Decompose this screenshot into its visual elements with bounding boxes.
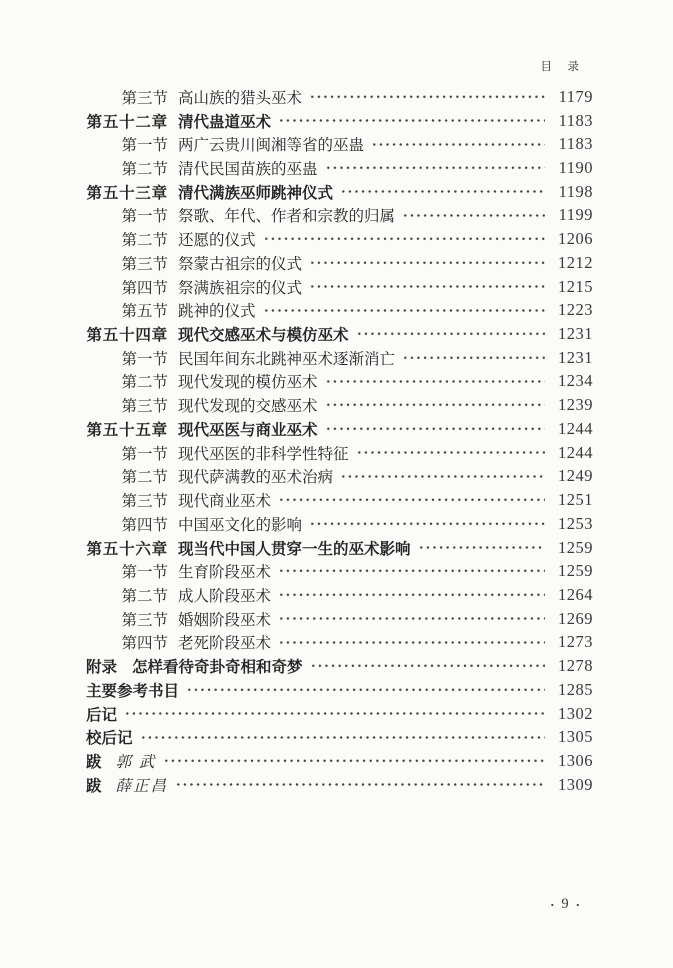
dot-leader [310, 658, 545, 674]
toc-entry-page: 1305 [551, 727, 593, 747]
toc-entry-label: 第一节 [86, 347, 168, 369]
running-header-title: 目 录 [541, 61, 582, 73]
toc-entry-label: 第三节 [86, 86, 168, 108]
toc-entry-label: 后记 [86, 703, 117, 725]
footer-page-number: 9 [561, 896, 568, 913]
toc-entry-title: 民国年间东北跳神巫术逐渐消亡 [178, 347, 395, 369]
toc-entry: 第一节 两广云贵川闽湘等省的巫蛊 1183 [86, 132, 593, 156]
dot-leader [278, 113, 545, 129]
toc-entry-label: 第五十六章 [86, 537, 168, 559]
toc-entry-label: 第一节 [86, 204, 168, 226]
toc-entry: 第四节 老死阶段巫术 1273 [86, 631, 593, 655]
toc-entry-label: 第三节 [86, 608, 168, 630]
toc-entry: 第五十四章 现代交感巫术与模仿巫术 1231 [86, 322, 593, 346]
toc-entry: 第二节 还愿的仪式 1206 [86, 227, 593, 251]
dot-leader [309, 279, 545, 295]
toc-entry-label: 第一节 [86, 560, 168, 582]
toc-entry: 第四节 中国巫文化的影响 1253 [86, 512, 593, 536]
toc-entry-page: 1259 [551, 561, 593, 581]
toc-entry-page: 1269 [551, 609, 593, 629]
dot-leader [278, 611, 545, 627]
toc-entry-label: 第五十二章 [86, 110, 168, 132]
toc-list: 第三节 高山族的猎头巫术 1179 第五十二章 清代蛊道巫术 1183 第一节 … [86, 85, 593, 797]
toc-entry-page: 1199 [551, 205, 593, 225]
dot-leader [278, 587, 545, 603]
toc-entry: 第五十六章 现当代中国人贯穿一生的巫术影响 1259 [86, 536, 593, 560]
toc-entry: 第二节 现代发现的模仿巫术 1234 [86, 370, 593, 394]
dot-leader [263, 303, 545, 319]
toc-entry: 第二节 清代民国苗族的巫蛊 1190 [86, 156, 593, 180]
toc-entry: 第三节 现代发现的交感巫术 1239 [86, 393, 593, 417]
toc-entry-page: 1190 [551, 158, 593, 178]
toc-entry-label: 第五十三章 [86, 181, 168, 203]
toc-entry-label: 跋 [86, 774, 102, 796]
toc-entry-page: 1179 [551, 87, 593, 107]
toc-entry: 第一节 生育阶段巫术 1259 [86, 559, 593, 583]
toc-entry-title: 现代商业巫术 [178, 489, 271, 511]
dot-leader [309, 255, 545, 271]
toc-entry: 第三节 现代商业巫术 1251 [86, 488, 593, 512]
toc-entry-label: 附录 [86, 655, 117, 677]
dot-leader [163, 753, 545, 769]
toc-entry: 第三节 婚姻阶段巫术 1269 [86, 607, 593, 631]
toc-entry-label: 第四节 [86, 631, 168, 653]
dot-leader [340, 469, 545, 485]
dot-leader [263, 231, 545, 247]
toc-entry-page: 1198 [551, 182, 593, 202]
dot-leader [325, 421, 545, 437]
dot-leader [340, 184, 545, 200]
dot-leader [140, 730, 545, 746]
toc-entry-label: 校后记 [86, 726, 133, 748]
toc-entry-title: 现当代中国人贯穿一生的巫术影响 [178, 537, 411, 559]
toc-entry-label: 第二节 [86, 157, 168, 179]
dot-leader [402, 208, 545, 224]
toc-entry-page: 1212 [551, 253, 593, 273]
toc-entry-label: 第五节 [86, 299, 168, 321]
toc-entry-title: 祭蒙古祖宗的仪式 [178, 252, 302, 274]
toc-entry-label: 第二节 [86, 370, 168, 392]
toc-entry-title: 薛正昌 [116, 774, 169, 796]
toc-entry: 第四节 祭满族祖宗的仪式 1215 [86, 275, 593, 299]
toc-entry-label: 第一节 [86, 442, 168, 464]
toc-entry-page: 1251 [551, 490, 593, 510]
toc-entry-title: 清代蛊道巫术 [178, 110, 271, 132]
toc-entry-label: 第二节 [86, 465, 168, 487]
toc-entry: 第三节 高山族的猎头巫术 1179 [86, 85, 593, 109]
toc-entry-title: 中国巫文化的影响 [178, 513, 302, 535]
toc-entry-page: 1273 [551, 632, 593, 652]
toc-entry-page: 1183 [551, 111, 593, 131]
toc-entry-page: 1244 [551, 443, 593, 463]
dot-leader [371, 137, 545, 153]
toc-entry: 第二节 成人阶段巫术 1264 [86, 583, 593, 607]
toc-entry-title: 现代发现的模仿巫术 [178, 370, 318, 392]
toc-entry-page: 1223 [551, 300, 593, 320]
toc-entry-page: 1306 [551, 751, 593, 771]
dot-leader [175, 777, 545, 793]
toc-entry-page: 1259 [551, 538, 593, 558]
toc-entry-page: 1302 [551, 704, 593, 724]
toc-entry-title: 清代民国苗族的巫蛊 [178, 157, 318, 179]
toc-entry: 附录 怎样看待奇卦奇相和奇梦 1278 [86, 654, 593, 678]
dot-leader [325, 374, 545, 390]
toc-entry-title: 两广云贵川闽湘等省的巫蛊 [178, 133, 364, 155]
toc-entry-page: 1264 [551, 585, 593, 605]
page-footer: · 9 · [550, 896, 580, 913]
toc-entry-title: 婚姻阶段巫术 [178, 608, 271, 630]
toc-entry: 第二节 现代萨满教的巫术治病 1249 [86, 465, 593, 489]
toc-entry-title: 怎样看待奇卦奇相和奇梦 [132, 655, 303, 677]
toc-entry-title: 生育阶段巫术 [178, 560, 271, 582]
toc-entry-label: 跋 [86, 750, 102, 772]
toc-entry-title: 成人阶段巫术 [178, 584, 271, 606]
toc-entry-page: 1234 [551, 371, 593, 391]
dot-leader [325, 160, 545, 176]
toc-entry: 校后记 1305 [86, 725, 593, 749]
dot-leader [402, 350, 545, 366]
toc-entry-page: 1309 [551, 775, 593, 795]
toc-entry-label: 第四节 [86, 513, 168, 535]
toc-entry-title: 跳神的仪式 [178, 299, 256, 321]
toc-entry-title: 祭歌、年代、作者和宗教的归属 [178, 204, 395, 226]
dot-leader [356, 326, 545, 342]
toc-entry-page: 1253 [551, 514, 593, 534]
toc-entry-page: 1278 [551, 656, 593, 676]
toc-entry-label: 第三节 [86, 394, 168, 416]
dot-leader [124, 706, 545, 722]
toc-entry-label: 第五十五章 [86, 418, 168, 440]
book-toc-page: 目 录 第三节 高山族的猎头巫术 1179 第五十二章 清代蛊道巫术 1183 … [0, 0, 673, 968]
running-header: 目 录 [541, 58, 582, 74]
toc-entry-page: 1249 [551, 466, 593, 486]
toc-entry: 第五十五章 现代巫医与商业巫术 1244 [86, 417, 593, 441]
toc-entry-title: 现代巫医的非科学性特征 [178, 442, 349, 464]
toc-entry: 第五十三章 清代满族巫师跳神仪式 1198 [86, 180, 593, 204]
dot-leader [186, 682, 545, 698]
toc-entry-label: 第二节 [86, 584, 168, 606]
dot-leader [278, 492, 545, 508]
toc-entry-title: 现代萨满教的巫术治病 [178, 465, 333, 487]
toc-entry-page: 1183 [551, 134, 593, 154]
toc-entry-page: 1244 [551, 419, 593, 439]
footer-dot-right: · [576, 897, 580, 913]
dot-leader [325, 397, 545, 413]
dot-leader [309, 89, 545, 105]
toc-entry: 第五节 跳神的仪式 1223 [86, 298, 593, 322]
toc-entry-title: 清代满族巫师跳神仪式 [178, 181, 333, 203]
dot-leader [356, 445, 545, 461]
dot-leader [278, 563, 545, 579]
toc-entry-label: 第一节 [86, 133, 168, 155]
toc-entry: 跋 郭 武 1306 [86, 749, 593, 773]
toc-entry-page: 1239 [551, 395, 593, 415]
dot-leader [278, 635, 545, 651]
toc-entry: 第五十二章 清代蛊道巫术 1183 [86, 109, 593, 133]
toc-entry-title: 郭 武 [116, 750, 157, 772]
dot-leader [309, 516, 545, 532]
toc-entry-label: 第五十四章 [86, 323, 168, 345]
footer-dot-left: · [550, 897, 554, 913]
toc-entry-page: 1231 [551, 348, 593, 368]
toc-entry-title: 还愿的仪式 [178, 228, 256, 250]
toc-entry: 第一节 民国年间东北跳神巫术逐渐消亡 1231 [86, 346, 593, 370]
toc-entry: 第一节 现代巫医的非科学性特征 1244 [86, 441, 593, 465]
toc-entry: 第一节 祭歌、年代、作者和宗教的归属 1199 [86, 204, 593, 228]
toc-entry-title: 现代交感巫术与模仿巫术 [178, 323, 349, 345]
toc-entry-label: 第三节 [86, 252, 168, 274]
toc-entry: 后记 1302 [86, 702, 593, 726]
toc-entry-title: 祭满族祖宗的仪式 [178, 276, 302, 298]
toc-entry-title: 老死阶段巫术 [178, 631, 271, 653]
toc-entry-page: 1231 [551, 324, 593, 344]
dot-leader [418, 540, 545, 556]
toc-entry: 主要参考书目 1285 [86, 678, 593, 702]
toc-entry-page: 1206 [551, 229, 593, 249]
toc-entry: 第三节 祭蒙古祖宗的仪式 1212 [86, 251, 593, 275]
toc-entry-title: 现代巫医与商业巫术 [178, 418, 318, 440]
toc-entry-label: 第三节 [86, 489, 168, 511]
toc-entry: 跋 薛正昌 1309 [86, 773, 593, 797]
toc-entry-page: 1285 [551, 680, 593, 700]
toc-entry-label: 主要参考书目 [86, 679, 179, 701]
toc-entry-label: 第四节 [86, 276, 168, 298]
toc-entry-page: 1215 [551, 277, 593, 297]
toc-entry-title: 现代发现的交感巫术 [178, 394, 318, 416]
toc-entry-title: 高山族的猎头巫术 [178, 86, 302, 108]
toc-entry-label: 第二节 [86, 228, 168, 250]
